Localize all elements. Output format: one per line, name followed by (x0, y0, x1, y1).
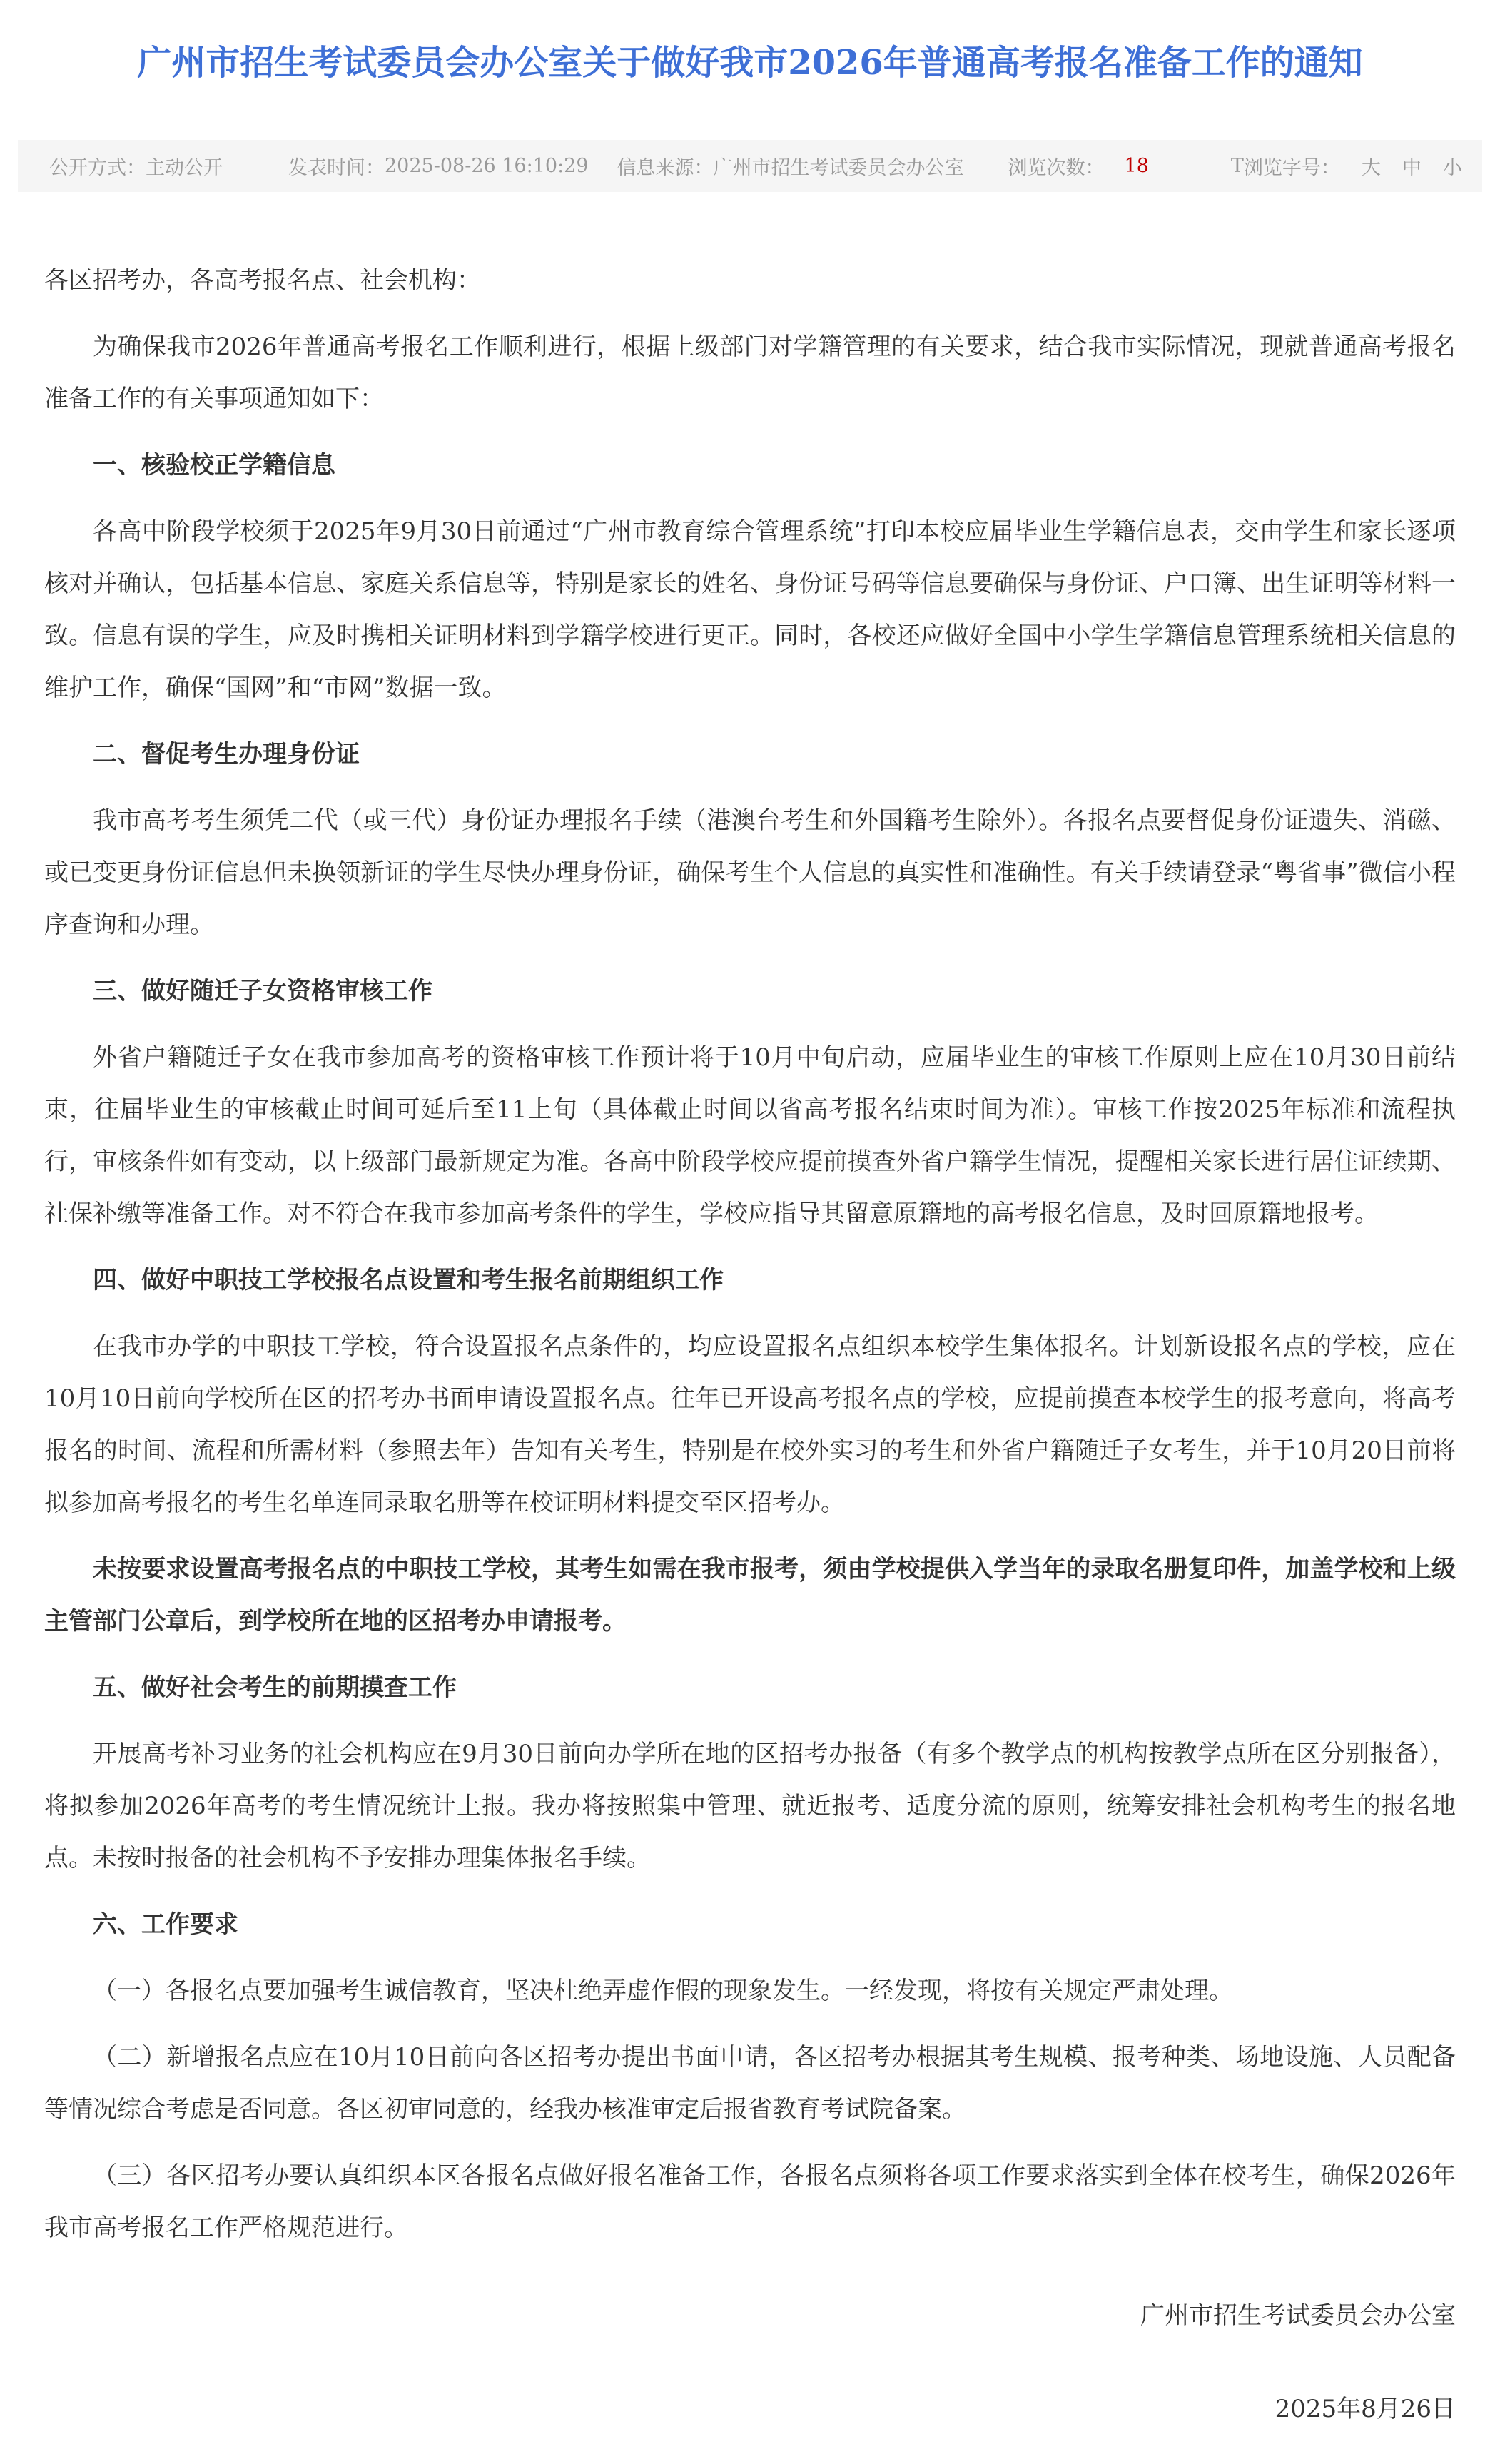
section-3-paragraph: 外省户籍随迁子女在我市参加高考的资格审核工作预计将于10月中旬启动，应届毕业生的… (44, 1032, 1456, 1240)
section-2-heading: 二、督促考生办理身份证 (44, 729, 1456, 781)
meta-publish-time-value: 2025-08-26 16:10:29 (385, 155, 589, 177)
font-size-control: T 浏览字号： 大 中 小 (1231, 152, 1462, 180)
meta-open-mode: 公开方式： 主动公开 (49, 152, 223, 180)
font-size-label: 浏览字号： (1244, 152, 1340, 180)
section-6-item-2: （二）新增报名点应在10月10日前向各区招考办提出书面申请，各区招考办根据其考生… (44, 2032, 1456, 2136)
section-6-item-3: （三）各区招考办要认真组织本区各报名点做好报名准备工作，各报名点须将各项工作要求… (44, 2150, 1456, 2254)
signature-date: 2025年8月26日 (44, 2383, 1456, 2464)
section-5-heading: 五、做好社会考生的前期摸查工作 (44, 1662, 1456, 1714)
section-6-heading: 六、工作要求 (44, 1899, 1456, 1951)
meta-open-mode-value: 主动公开 (146, 152, 223, 180)
font-size-small-button[interactable]: 小 (1443, 152, 1462, 180)
page-title: 广州市招生考试委员会办公室关于做好我市2026年普通高考报名准备工作的通知 (0, 23, 1500, 84)
font-size-icon: T (1231, 155, 1244, 177)
notice-page: 广州市招生考试委员会办公室关于做好我市2026年普通高考报名准备工作的通知 公开… (0, 23, 1500, 2464)
font-size-medium-button[interactable]: 中 (1402, 152, 1422, 180)
signature-office: 广州市招生考试委员会办公室 (44, 2290, 1456, 2342)
salutation: 各区招考办，各高考报名点、社会机构： (44, 255, 1456, 307)
section-6-item-1: （一）各报名点要加强考生诚信教育，坚决杜绝弄虚作假的现象发生。一经发现，将按有关… (44, 1965, 1456, 2017)
meta-publish-time: 发表时间： 2025-08-26 16:10:29 (288, 152, 589, 180)
meta-open-mode-label: 公开方式： (49, 152, 146, 180)
section-4-bold-paragraph: 未按要求设置高考报名点的中职技工学校，其考生如需在我市报考，须由学校提供入学当年… (44, 1543, 1456, 1648)
views-count: 18 (1125, 155, 1149, 177)
section-3-heading: 三、做好随迁子女资格审核工作 (44, 965, 1456, 1018)
section-1-heading: 一、核验校正学籍信息 (44, 440, 1456, 492)
meta-source: 信息来源： 广州市招生考试委员会办公室 (617, 152, 964, 180)
section-4-paragraph: 在我市办学的中职技工学校，符合设置报名点条件的，均应设置报名点组织本校学生集体报… (44, 1321, 1456, 1529)
section-5-paragraph: 开展高考补习业务的社会机构应在9月30日前向办学所在地的区招考办报备（有多个教学… (44, 1728, 1456, 1885)
meta-views: 浏览次数： 18 (1008, 152, 1149, 180)
meta-bar: 公开方式： 主动公开 发表时间： 2025-08-26 16:10:29 信息来… (18, 140, 1482, 192)
section-4-heading: 四、做好中职技工学校报名点设置和考生报名前期组织工作 (44, 1254, 1456, 1307)
font-size-large-button[interactable]: 大 (1362, 152, 1381, 180)
section-1-paragraph: 各高中阶段学校须于2025年9月30日前通过“广州市教育综合管理系统”打印本校应… (44, 506, 1456, 714)
meta-views-label: 浏览次数： (1008, 152, 1105, 180)
meta-publish-time-label: 发表时间： (288, 152, 385, 180)
meta-source-label: 信息来源： (617, 152, 714, 180)
meta-source-value: 广州市招生考试委员会办公室 (714, 152, 964, 180)
document-body: 各区招考办，各高考报名点、社会机构： 为确保我市2026年普通高考报名工作顺利进… (0, 255, 1500, 2254)
section-2-paragraph: 我市高考考生须凭二代（或三代）身份证办理报名手续（港澳台考生和外国籍考生除外）。… (44, 795, 1456, 951)
intro-paragraph: 为确保我市2026年普通高考报名工作顺利进行，根据上级部门对学籍管理的有关要求，… (44, 321, 1456, 425)
signature-block: 广州市招生考试委员会办公室 2025年8月26日 (0, 2290, 1500, 2464)
